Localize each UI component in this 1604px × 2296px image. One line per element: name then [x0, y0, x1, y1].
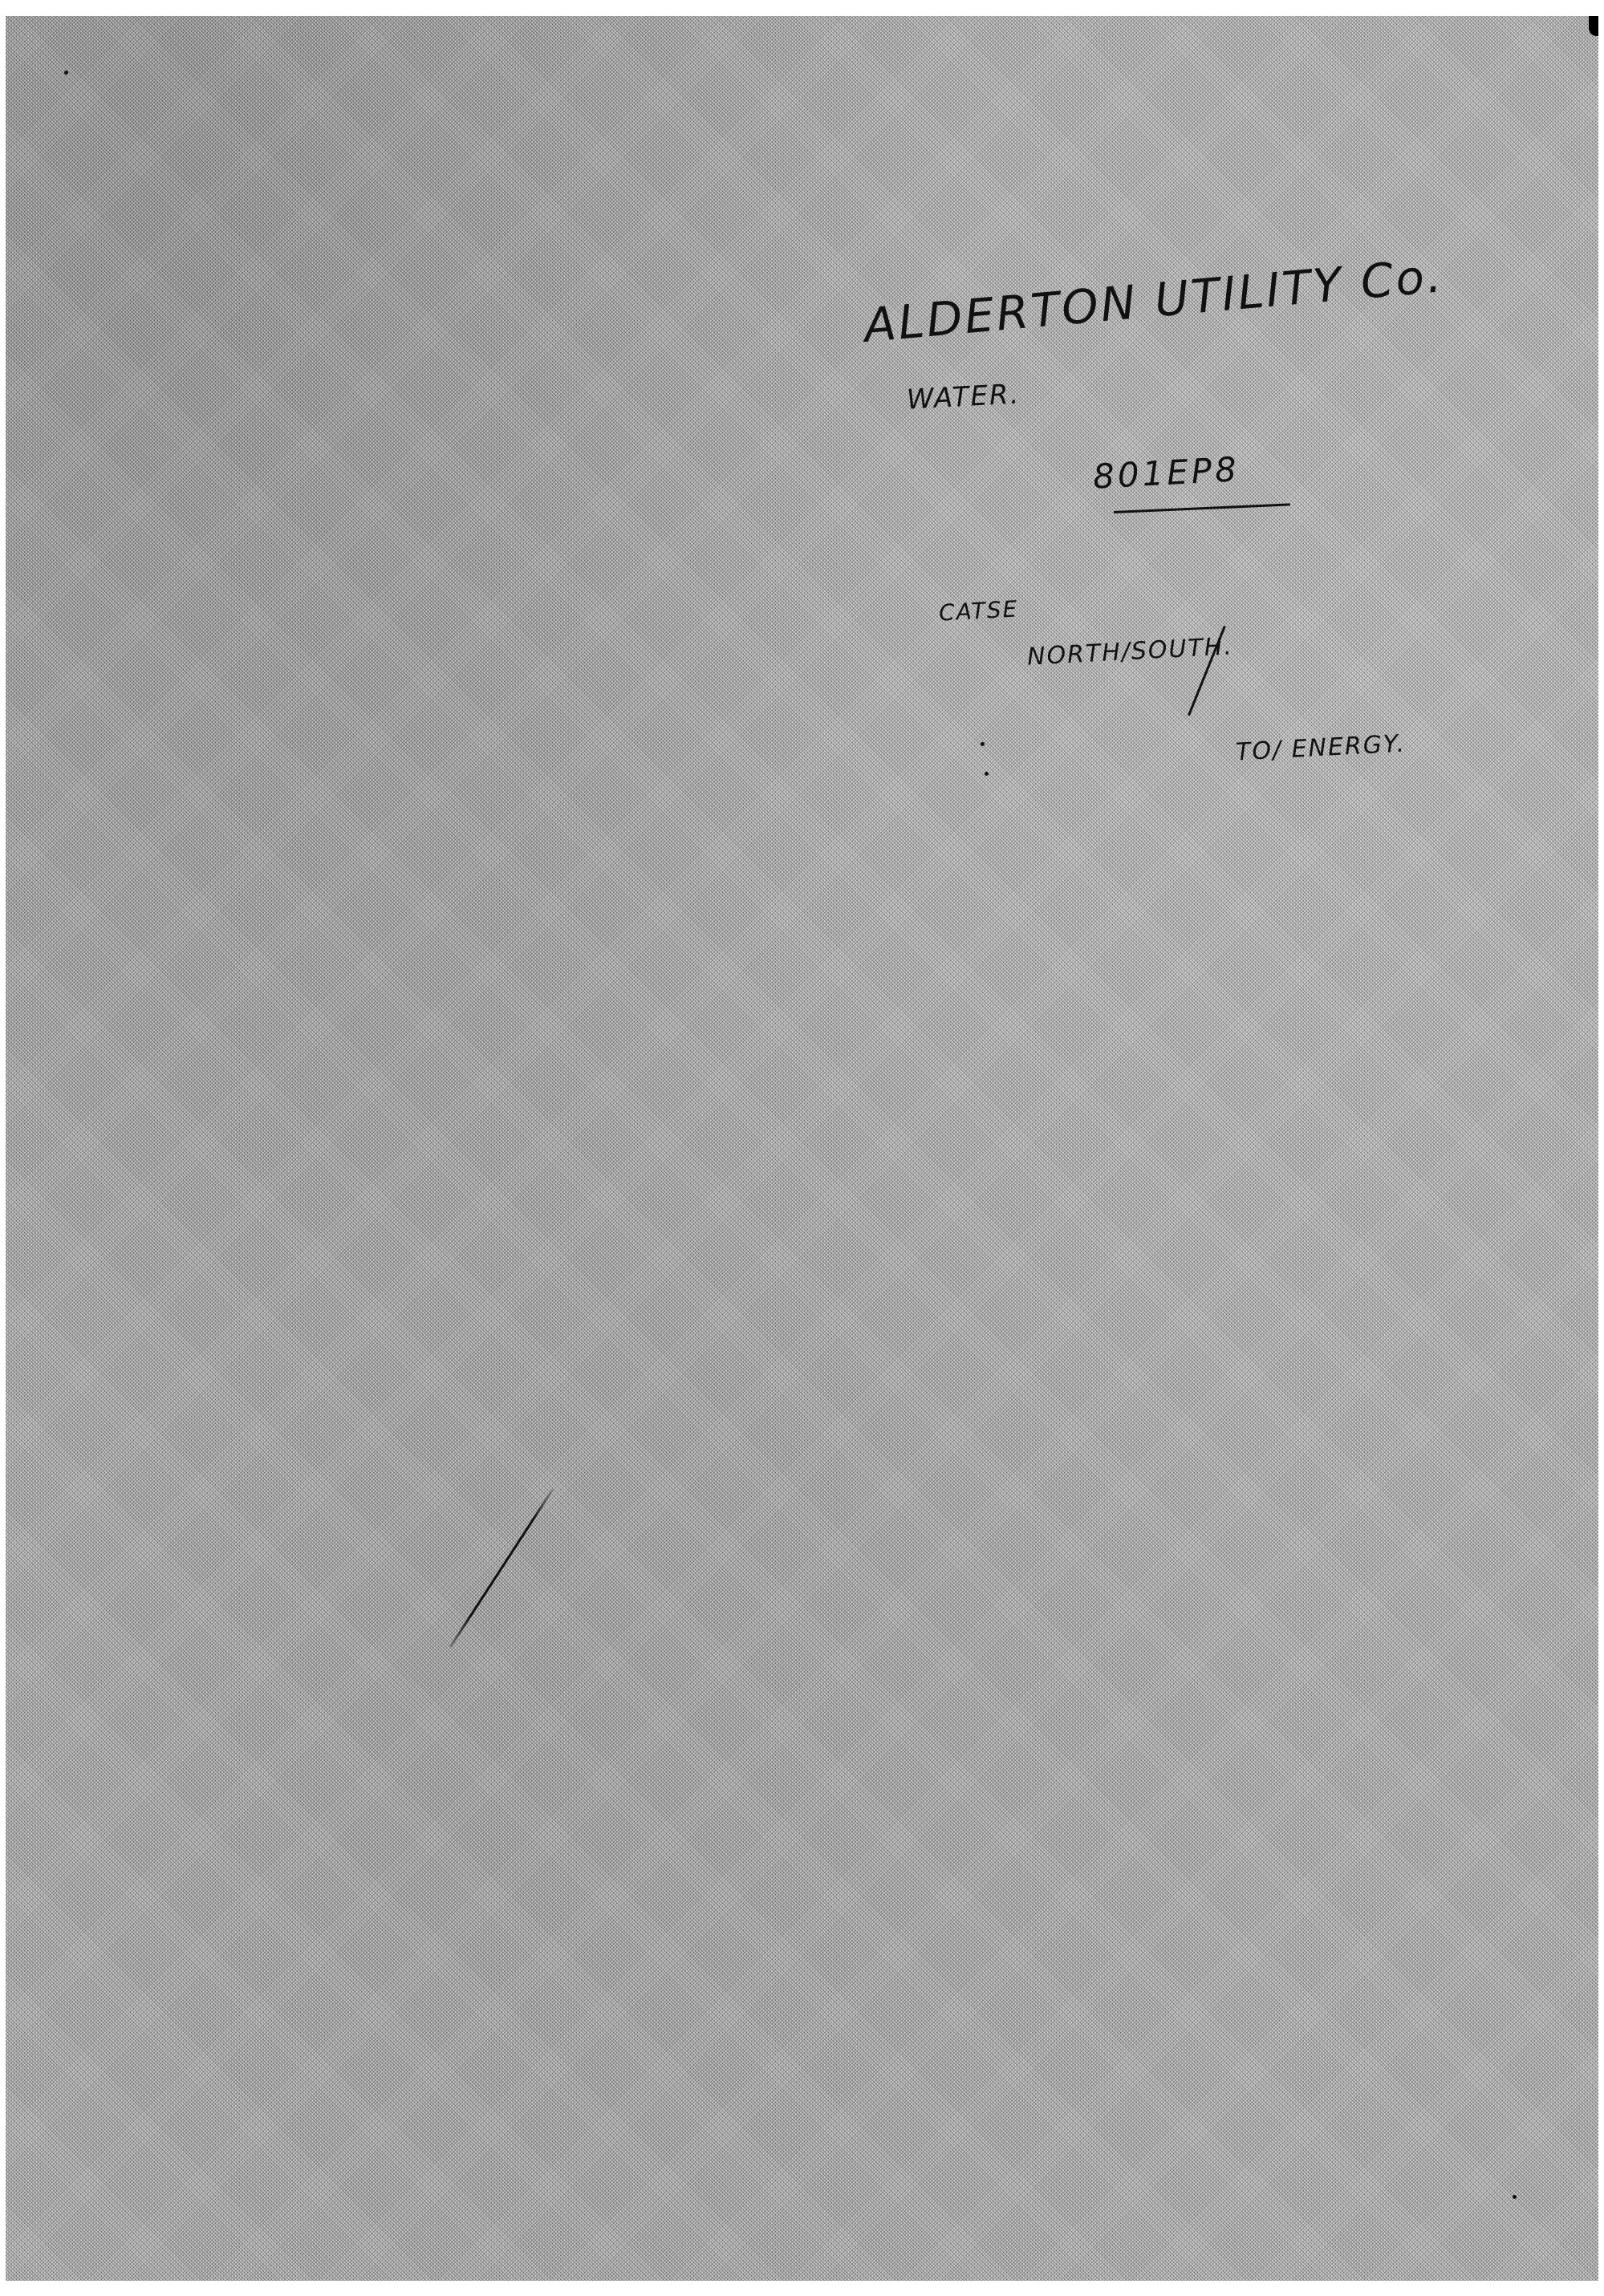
handwritten-reference-code: 801EP8 — [1092, 449, 1241, 496]
ink-speck — [64, 71, 68, 75]
document-page — [6, 16, 1598, 2281]
handwritten-subject: Water. — [906, 378, 1021, 416]
ink-speck — [981, 742, 985, 746]
handwritten-note-1: Catse — [938, 595, 1019, 626]
ink-speck — [985, 772, 989, 776]
ink-speck — [1513, 2195, 1517, 2199]
page-corner — [1589, 16, 1598, 36]
company-suffix: Co. — [1358, 248, 1446, 310]
